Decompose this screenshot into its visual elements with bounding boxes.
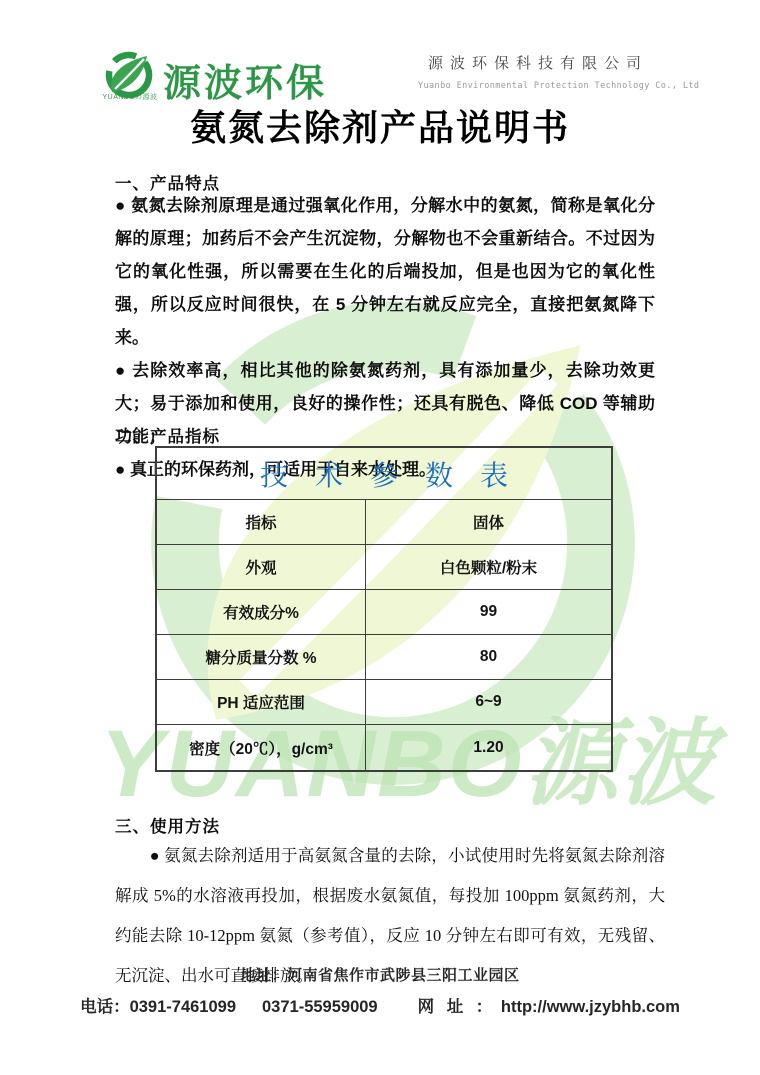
section-heading-indicators: 二、产品指标 — [115, 423, 220, 447]
table-row: 指标 固体 — [157, 500, 611, 545]
website-label: 网 址 ： — [418, 998, 497, 1016]
table-cell-label: 糖分质量分数 % — [157, 635, 366, 679]
table-row: 糖分质量分数 % 80 — [157, 635, 611, 680]
table-row: 有效成分% 99 — [157, 590, 611, 635]
company-name-cn: 源波环保科技有限公司 — [418, 52, 658, 73]
table-cell-label: 有效成分% — [157, 590, 366, 634]
footer-contact: 电话：0391-74610990371-55959009网 址 ： http:/… — [0, 993, 760, 1017]
footer-address: 地址：河南省焦作市武陟县三阳工业园区 — [0, 964, 760, 985]
table-cell-label: 外观 — [157, 545, 366, 589]
table-title: 技 术 参 数 表 — [157, 448, 611, 500]
table-cell-label: 密度（20℃），g/cm³ — [157, 725, 366, 770]
page-title: 氨氮去除剂产品说明书 — [0, 100, 760, 151]
table-row: PH 适应范围 6~9 — [157, 680, 611, 725]
table-cell-value: 80 — [366, 635, 611, 679]
brand-logo-text: 源波环保 — [163, 52, 327, 107]
phone-number-1: 0391-7461099 — [130, 998, 236, 1016]
table-cell-value: 6~9 — [366, 680, 611, 724]
table-cell-value: 1.20 — [366, 725, 611, 770]
table-row: 密度（20℃），g/cm³ 1.20 — [157, 725, 611, 770]
table-cell-value: 99 — [366, 590, 611, 634]
company-block: 源波环保科技有限公司 Yuanbo Environmental Protecti… — [418, 52, 658, 91]
table-cell-label: PH 适应范围 — [157, 680, 366, 724]
technical-parameters-table: 技 术 参 数 表 指标 固体 外观 白色颗粒/粉末 有效成分% 99 糖分质量… — [155, 446, 613, 772]
phone-label: 电话： — [80, 998, 130, 1016]
website-url: http://www.jzybhb.com — [501, 998, 680, 1016]
table-cell-value: 白色颗粒/粉末 — [366, 545, 611, 589]
section-heading-usage: 三、使用方法 — [115, 813, 220, 837]
feature-bullet: ● 氨氮去除剂原理是通过强氧化作用，分解水中的氨氮，简称是氧化分解的原理；加药后… — [115, 189, 655, 354]
document-page: YUANBO源波 源波环保 YUANBOの源波 源波环保科技有限公司 Yuanb… — [0, 0, 760, 1075]
company-name-en: Yuanbo Environmental Protection Technolo… — [418, 81, 658, 91]
table-row: 外观 白色颗粒/粉末 — [157, 545, 611, 590]
table-cell-value: 固体 — [366, 500, 611, 544]
phone-number-2: 0371-55959009 — [262, 998, 378, 1016]
table-cell-label: 指标 — [157, 500, 366, 544]
